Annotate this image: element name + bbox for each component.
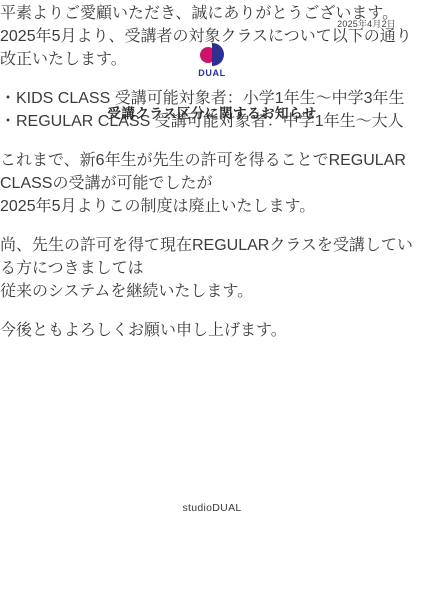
- exception-line-1: 尚、先生の許可を得て現在REGULARクラスを受講している方につきましては: [0, 232, 424, 278]
- exception-line-2: 従来のシステムを継続いたします。: [0, 278, 424, 301]
- signature: studioDUAL: [0, 502, 424, 514]
- notice-page: 2025年4月2日 DUAL 受講クラス区分に関するお知らせ 平素よりご愛顧いた…: [0, 0, 424, 600]
- logo-blue-halfcircle-icon: [212, 43, 224, 66]
- closing-line: 今後ともよろしくお願い申し上げます。: [0, 317, 424, 340]
- notice-date: 2025年4月2日: [337, 17, 396, 30]
- list-item-kids-class: ・KIDS CLASS 受講可能対象者：小学1年生〜中学3年生: [0, 85, 424, 108]
- policy-change-line-2: 2025年5月よりこの制度は廃止いたします。: [0, 193, 424, 216]
- policy-change-line-1: これまで、新6年生が先生の許可を得ることでREGULAR CLASSの受講が可能…: [0, 147, 424, 193]
- page-title: 受講クラス区分に関するお知らせ: [0, 106, 424, 121]
- logo: DUAL: [0, 43, 424, 78]
- dual-logo-icon: [200, 43, 224, 66]
- logo-wordmark: DUAL: [198, 68, 225, 78]
